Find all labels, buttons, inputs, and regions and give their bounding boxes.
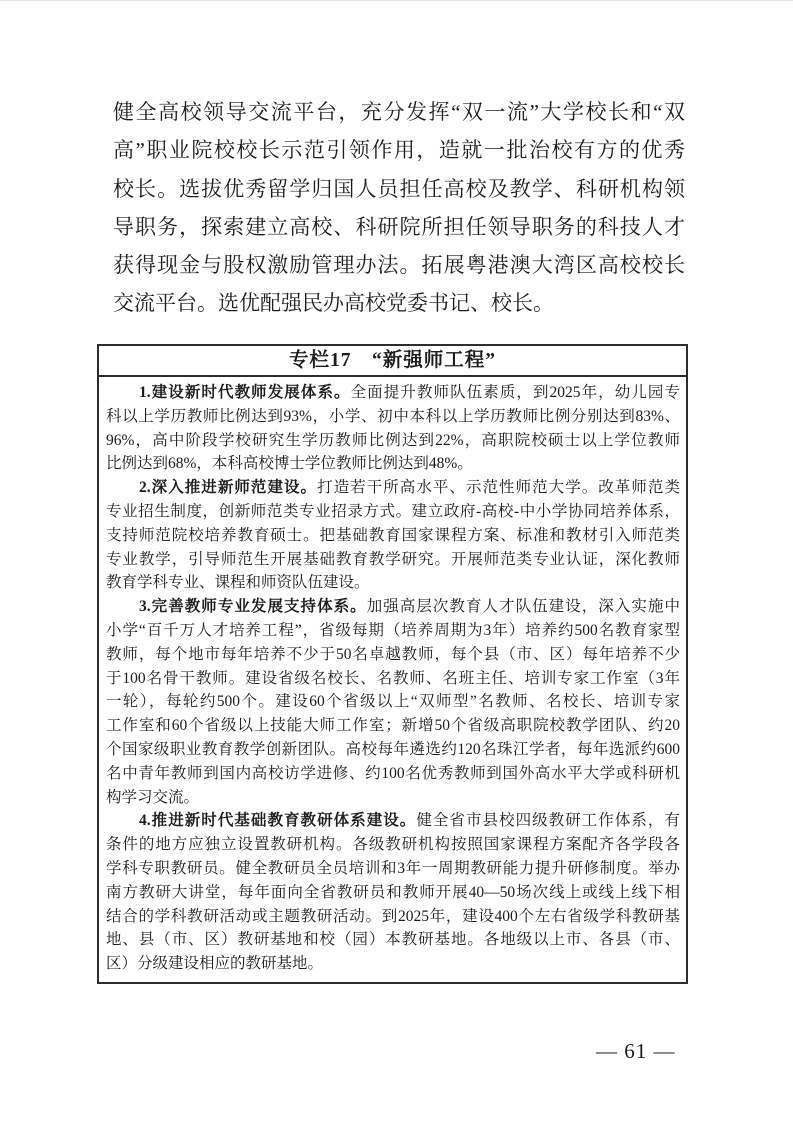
box-line: 一轮），每轮约500个。建设60个省级以上“双师型”名教师、名校长、培训专家 (106, 690, 680, 714)
intro-line: 交流平台。选优配强民办高校党委书记、校长。 (113, 284, 685, 322)
intro-line: 校长。选拔优秀留学归国人员担任高校及教学、科研机构领 (113, 170, 685, 208)
box-line: 支持师范院校培养教育硕士。把基础教育国家课程方案、标准和教材引入师范类 (106, 524, 680, 548)
box-line: 区）分级建设相应的教研基地。 (106, 952, 680, 976)
box-line: 名中青年教师到国内高校访学进修、约100名优秀教师到国外高水平大学或科研机 (106, 762, 680, 786)
box-line: 结合的学科教研活动或主题教研活动。到2025年，建设400个左右省级学科教研基 (106, 905, 680, 929)
box-line: 条件的地方应独立设置教研机构。各级教研机构按照国家课程方案配齐各学段各 (106, 833, 680, 857)
box-line: 4.推进新时代基础教育教研体系建设。健全省市县校四级教研工作体系，有 (106, 809, 680, 833)
intro-line: 获得现金与股权激励管理办法。拓展粤港澳大湾区高校校长 (113, 246, 685, 284)
intro-line: 高”职业院校校长示范引领作用，造就一批治校有方的优秀 (113, 131, 685, 169)
box-line: 2.深入推进新师范建设。打造若干所高水平、示范性师范大学。改革师范类 (106, 476, 680, 500)
page-number: — 61 — (596, 1039, 676, 1064)
box-line: 学科专职教研员。健全教研员全员培训和3年一周期教研能力提升研修制度。举办 (106, 857, 680, 881)
box-line: 96%，高中阶段学校研究生学历教师比例达到22%，高职院校硕士以上学位教师 (106, 429, 680, 453)
paragraph-lead: 4.推进新时代基础教育教研体系建设。 (139, 812, 416, 829)
paragraph-lead: 2.深入推进新师范建设。 (139, 479, 317, 496)
paragraph-lead: 1.建设新时代教师发展体系。 (139, 384, 351, 401)
feature-box: 专栏17 “新强师工程” 1.建设新时代教师发展体系。全面提升教师队伍素质，到2… (97, 344, 688, 984)
box-line: 3.完善教师专业发展支持体系。加强高层次教育人才队伍建设，深入实施中 (106, 595, 680, 619)
box-line: 专业教学，引导师范生开展基础教育教学研究。开展师范类专业认证，深化教师 (106, 548, 680, 572)
box-line: 工作室和60个省级以上技能大师工作室；新增50个省级高职院校教学团队、约20 (106, 714, 680, 738)
box-line: 1.建设新时代教师发展体系。全面提升教师队伍素质，到2025年，幼儿园专 (106, 381, 680, 405)
intro-line: 健全高校领导交流平台，充分发挥“双一流”大学校长和“双 (113, 93, 685, 131)
intro-line: 导职务，探索建立高校、科研院所担任领导职务的科技人才 (113, 208, 685, 246)
box-line: 比例达到68%，本科高校博士学位教师比例达到48%。 (106, 452, 680, 476)
box-line: 专业招生制度，创新师范类专业招录方式。建立政府-高校-中小学协同培养体系， (106, 500, 680, 524)
box-title: 专栏17 “新强师工程” (99, 346, 686, 377)
box-line: 地、县（市、区）教研基地和校（园）本教研基地。各地级以上市、各县（市、 (106, 928, 680, 952)
box-line: 小学“百千万人才培养工程”，省级每期（培养周期为3年）培养约500名教育家型 (106, 619, 680, 643)
scan-top-edge (0, 0, 793, 1)
intro-paragraph: 健全高校领导交流平台，充分发挥“双一流”大学校长和“双高”职业院校校长示范引领作… (113, 93, 685, 323)
box-line: 个国家级职业教育教学创新团队。高校每年遴选约120名珠江学者，每年选派约600 (106, 738, 680, 762)
box-line: 于100名骨干教师。建设省级名校长、名教师、名班主任、培训专家工作室（3年 (106, 667, 680, 691)
box-line: 教师，每个地市每年培养不少于50名卓越教师，每个县（市、区）每年培养不少 (106, 643, 680, 667)
box-line: 南方教研大讲堂，每年面向全省教研员和教师开展40—50场次线上或线上线下相 (106, 881, 680, 905)
document-page: 健全高校领导交流平台，充分发挥“双一流”大学校长和“双高”职业院校校长示范引领作… (0, 0, 793, 1122)
paragraph-lead: 3.完善教师专业发展支持体系。 (139, 598, 367, 615)
box-line: 构学习交流。 (106, 786, 680, 810)
box-line: 教育学科专业、课程和师资队伍建设。 (106, 571, 680, 595)
box-body: 1.建设新时代教师发展体系。全面提升教师队伍素质，到2025年，幼儿园专科以上学… (99, 377, 686, 982)
box-line: 科以上学历教师比例达到93%，小学、初中本科以上学历教师比例分别达到83%、 (106, 405, 680, 429)
